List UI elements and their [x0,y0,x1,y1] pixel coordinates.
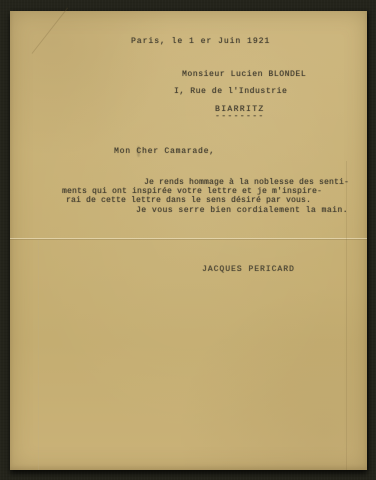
paper-crease-vertical-left [38,240,39,470]
scanned-letter-background: { "document": { "dateline": "Paris, le 1… [0,0,376,480]
recipient-name: Monsieur Lucien BLONDEL [182,70,306,79]
body-line-2: ments qui ont inspirée votre lettre et j… [62,187,322,196]
letter-paper: Paris, le 1 er Juin 1921 Monsieur Lucien… [10,11,367,470]
salutation: Mon Cher Camarade, [114,147,215,156]
body-line-3: rai de cette lettre dans le sens désiré … [66,196,311,205]
closing-line: Je vous serre bien cordialement la main. [136,206,348,215]
body-line-1: Je rends hommage à la noblesse des senti… [144,178,349,187]
paper-fold-line [10,238,367,240]
recipient-city-underline: -------- [215,112,265,121]
recipient-street: I, Rue de l'Industrie [174,87,287,96]
dateline: Paris, le 1 er Juin 1921 [131,37,270,46]
signature: JACQUES PERICARD [202,265,295,274]
paper-crease-diagonal [32,7,68,53]
